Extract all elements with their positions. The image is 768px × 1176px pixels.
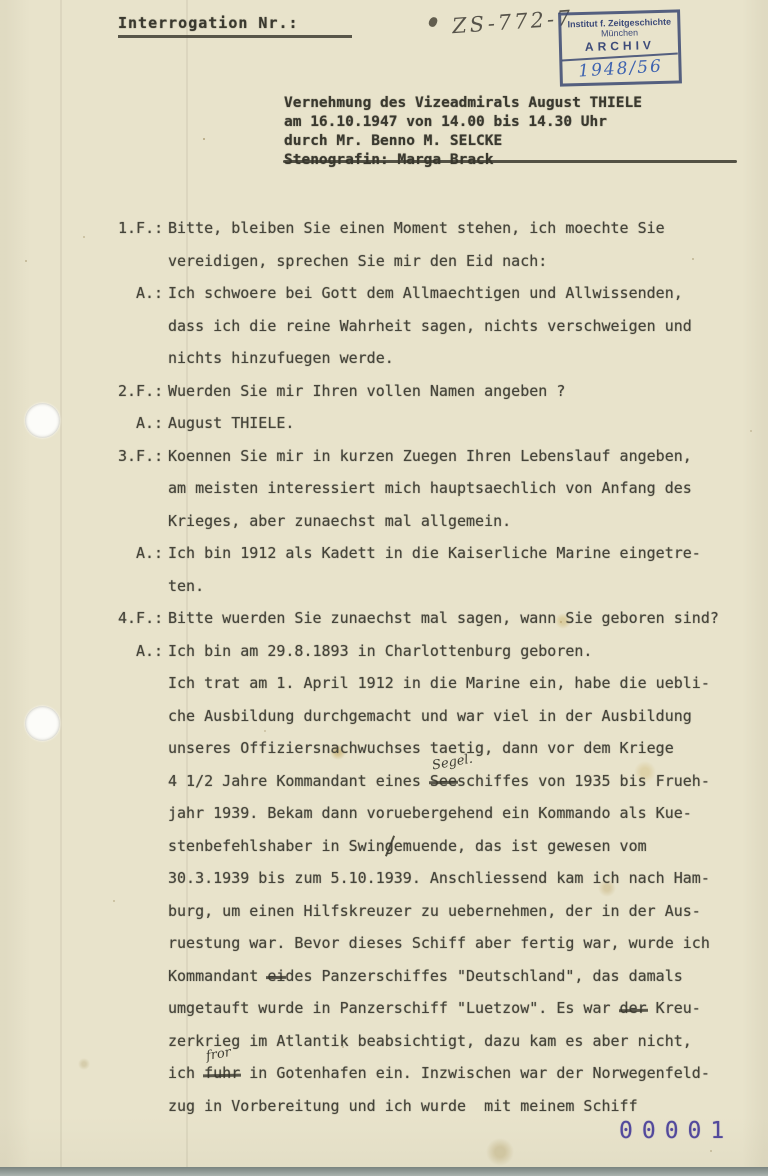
body-line: zerkrieg im Atlantik beabsichtigt, dazu … — [168, 1025, 758, 1058]
typed-text: Krieges, aber zunaechst mal allgemein. — [168, 512, 511, 530]
body-line: Krieges, aber zunaechst mal allgemein. — [168, 505, 758, 538]
corrected-word: Segel.See — [430, 772, 457, 790]
body-line: Ich trat am 1. April 1912 in die Marine … — [168, 667, 758, 700]
typed-text: ruestung war. Bevor dieses Schiff aber f… — [168, 934, 710, 952]
typed-text: Koennen Sie mir in kurzen Zuegen Ihren L… — [168, 447, 692, 465]
typed-text: vereidigen, sprechen Sie mir den Eid nac… — [168, 252, 547, 270]
answer-label: A.: — [136, 635, 163, 668]
struck-text: der — [620, 999, 647, 1017]
scan-bottom-edge — [0, 1167, 768, 1176]
body-line: 4 1/2 Jahre Kommandant eines Segel.Seesc… — [168, 765, 758, 798]
body-line: ten. — [168, 570, 758, 603]
body-line: Bitte wuerden Sie zunaechst mal sagen, w… — [168, 602, 758, 635]
body-line: Ich bin 1912 als Kadett in die Kaiserlic… — [168, 537, 758, 570]
typed-text: Wuerden Sie mir Ihren vollen Namen angeb… — [168, 382, 565, 400]
qa-paragraph: A.:Ich bin am 29.8.1893 in Charlottenbur… — [118, 635, 758, 1123]
body-line: Bitte, bleiben Sie einen Moment stehen, … — [168, 212, 758, 245]
body-line: vereidigen, sprechen Sie mir den Eid nac… — [168, 245, 758, 278]
typed-text: schiffes von 1935 bis Frueh- — [457, 772, 710, 790]
header-line-interrogator: durch Mr. Benno M. SELCKE — [284, 132, 642, 151]
body-line: Ich bin am 29.8.1893 in Charlottenburg g… — [168, 635, 758, 668]
body-line: umgetauft wurde in Panzerschiff "Luetzow… — [168, 992, 758, 1025]
qa-paragraph: A.:Ich schwoere bei Gott dem Allmaechtig… — [118, 277, 758, 375]
corrected-word: frorfuhr — [204, 1064, 240, 1082]
qa-paragraph: 4.F.:Bitte wuerden Sie zunaechst mal sag… — [118, 602, 758, 635]
typed-text: Ich bin 1912 als Kadett in die Kaiserlic… — [168, 544, 701, 562]
typed-text: August THIELE. — [168, 414, 294, 432]
typed-text: Bitte, bleiben Sie einen Moment stehen, … — [168, 219, 665, 237]
typed-text: burg, um einen Hilfskreuzer zu uebernehm… — [168, 902, 701, 920]
typed-text: Ich bin am 29.8.1893 in Charlottenburg g… — [168, 642, 592, 660]
qa-paragraph: 2.F.:Wuerden Sie mir Ihren vollen Namen … — [118, 375, 758, 408]
typed-text: Ich schwoere bei Gott dem Allmaechtigen … — [168, 284, 683, 302]
question-label: 4.F.: — [118, 602, 163, 635]
punch-hole-top — [25, 403, 60, 438]
typed-text: in Gotenhafen ein. Inzwischen war der No… — [240, 1064, 710, 1082]
body-line: Koennen Sie mir in kurzen Zuegen Ihren L… — [168, 440, 758, 473]
body-line: burg, um einen Hilfskreuzer zu uebernehm… — [168, 895, 758, 928]
typed-text: des Panzerschiffes "Deutschland", das da… — [285, 967, 682, 985]
answer-label: A.: — [136, 277, 163, 310]
typed-text: zug in Vorbereitung und ich wurde mit me… — [168, 1097, 638, 1115]
body-line: ich frorfuhr in Gotenhafen ein. Inzwisch… — [168, 1057, 758, 1090]
fold-line — [60, 0, 62, 1176]
qa-paragraph: 1.F.:Bitte, bleiben Sie einen Moment ste… — [118, 212, 758, 277]
body-line: 30.3.1939 bis zum 5.10.1939. Anschliesse… — [168, 862, 758, 895]
struck-text: g — [385, 837, 394, 855]
body-line: dass ich die reine Wahrheit sagen, nicht… — [168, 310, 758, 343]
scanned-document-page: Interrogation Nr.: ZS-772-7 Institut f. … — [0, 0, 768, 1176]
page-number-stamp: 00001 — [619, 1118, 733, 1144]
typed-text: emuende, das ist gewesen vom — [394, 837, 647, 855]
typed-text: unseres Offiziersnachwuchses taetig, dan… — [168, 739, 674, 757]
answer-label: A.: — [136, 537, 163, 570]
body-line: Wuerden Sie mir Ihren vollen Namen angeb… — [168, 375, 758, 408]
stamp-number-handwritten: 1948/56 — [562, 52, 679, 82]
handwritten-correction: fror — [205, 1046, 232, 1063]
typed-text: Bitte wuerden Sie zunaechst mal sagen, w… — [168, 609, 719, 627]
typed-text: dass ich die reine Wahrheit sagen, nicht… — [168, 317, 692, 335]
question-label: 1.F.: — [118, 212, 163, 245]
body-line: August THIELE. — [168, 407, 758, 440]
body-line: jahr 1939. Bekam dann voruebergehend ein… — [168, 797, 758, 830]
qa-paragraph: 3.F.:Koennen Sie mir in kurzen Zuegen Ih… — [118, 440, 758, 538]
typed-text: ten. — [168, 577, 204, 595]
punch-hole-bottom — [25, 706, 60, 741]
answer-label: A.: — [136, 407, 163, 440]
body-line: ruestung war. Bevor dieses Schiff aber f… — [168, 927, 758, 960]
typed-text: am meisten interessiert mich hauptsaechl… — [168, 479, 692, 497]
page-title: Interrogation Nr.: — [118, 14, 352, 38]
typed-text: stenbefehlshaber in Swin — [168, 837, 385, 855]
struck-text: ei — [267, 967, 285, 985]
body-line: Ich schwoere bei Gott dem Allmaechtigen … — [168, 277, 758, 310]
header-underline-rule — [283, 160, 737, 163]
struck-text: fuhr — [204, 1064, 240, 1082]
typed-text: jahr 1939. Bekam dann voruebergehend ein… — [168, 804, 692, 822]
body-line: stenbefehlshaber in Swingemuende, das is… — [168, 830, 758, 863]
body-line: am meisten interessiert mich hauptsaechl… — [168, 472, 758, 505]
ink-blot — [428, 16, 438, 28]
typed-text: Ich trat am 1. April 1912 in die Marine … — [168, 674, 710, 692]
struck-text: See — [430, 772, 457, 790]
archive-code-handwritten: ZS-772-7 — [451, 6, 574, 38]
typed-text: che Ausbildung durchgemacht und war viel… — [168, 707, 692, 725]
header-line-datetime: am 16.10.1947 von 14.00 bis 14.30 Uhr — [284, 113, 642, 132]
typed-text: nichts hinzufuegen werde. — [168, 349, 394, 367]
typed-text: Kommandant — [168, 967, 267, 985]
typed-text: Kreu- — [647, 999, 701, 1017]
question-label: 3.F.: — [118, 440, 163, 473]
header-line-subject: Vernehmung des Vizeadmirals August THIEL… — [284, 94, 642, 113]
archive-stamp: Institut f. Zeitgeschichte München ARCHI… — [558, 9, 682, 86]
typed-text: 30.3.1939 bis zum 5.10.1939. Anschliesse… — [168, 869, 710, 887]
question-label: 2.F.: — [118, 375, 163, 408]
qa-paragraph: A.:August THIELE. — [118, 407, 758, 440]
header-block: Vernehmung des Vizeadmirals August THIEL… — [284, 94, 642, 170]
body-line: nichts hinzufuegen werde. — [168, 342, 758, 375]
typed-text: 4 1/2 Jahre Kommandant eines — [168, 772, 430, 790]
body-line: Kommandant eides Panzerschiffes "Deutsch… — [168, 960, 758, 993]
stamp-archiv-line: ARCHIV — [562, 37, 678, 54]
document-body: 1.F.:Bitte, bleiben Sie einen Moment ste… — [118, 212, 758, 1122]
body-line: che Ausbildung durchgemacht und war viel… — [168, 700, 758, 733]
typed-text: umgetauft wurde in Panzerschiff "Luetzow… — [168, 999, 620, 1017]
qa-paragraph: A.:Ich bin 1912 als Kadett in die Kaiser… — [118, 537, 758, 602]
typed-text: ich — [168, 1064, 204, 1082]
typed-text: zerkrieg im Atlantik beabsichtigt, dazu … — [168, 1032, 692, 1050]
